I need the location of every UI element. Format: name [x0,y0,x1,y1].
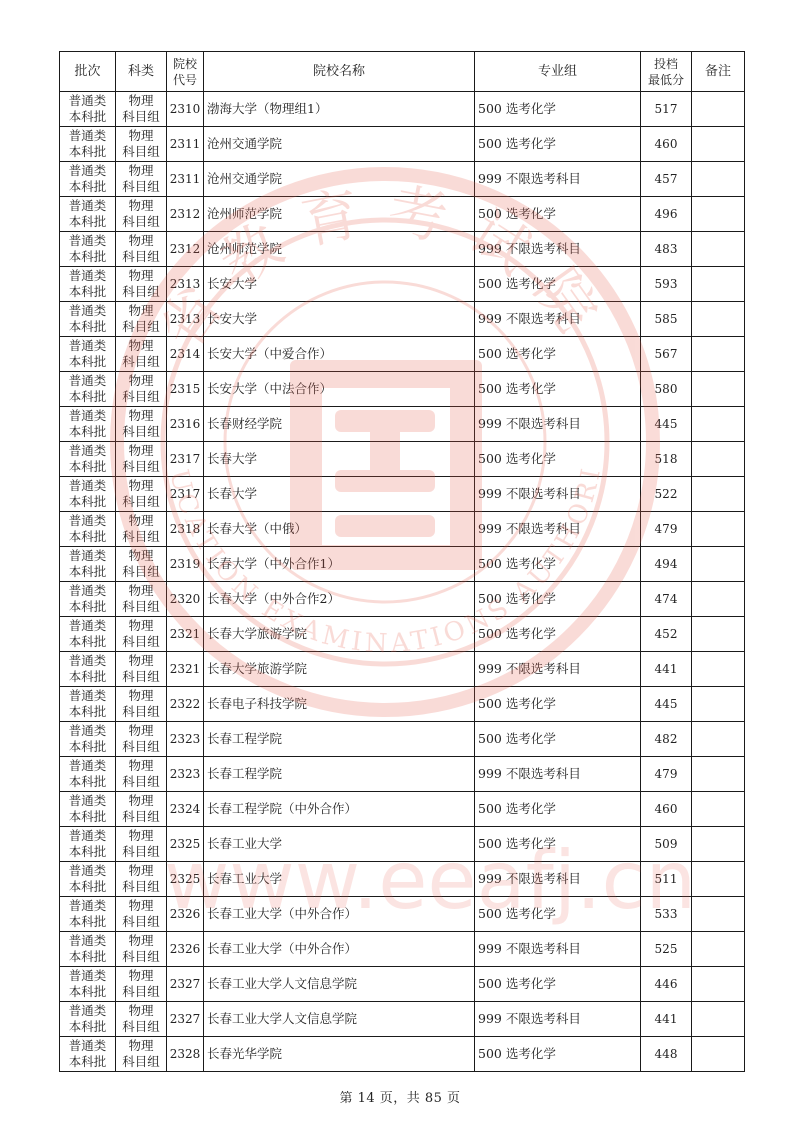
cell-line: 普通类 [60,618,115,634]
table-row: 普通类本科批物理科目组2313长安大学500 选考化学593 [60,267,745,302]
cell-type: 物理科目组 [116,582,167,617]
cell-line: 物理 [116,163,166,179]
cell-batch: 普通类本科批 [60,442,116,477]
cell-batch: 普通类本科批 [60,932,116,967]
cell-note [692,617,745,652]
cell-major-group: 500 选考化学 [475,547,641,582]
header-score-line2: 最低分 [641,72,691,88]
cell-note [692,967,745,1002]
cell-type: 物理科目组 [116,372,167,407]
table-row: 普通类本科批物理科目组2317长春大学999 不限选考科目522 [60,477,745,512]
cell-line: 普通类 [60,828,115,844]
cell-code: 2320 [167,582,204,617]
cell-line: 物理 [116,198,166,214]
cell-min-score: 511 [641,862,692,897]
cell-code: 2311 [167,127,204,162]
cell-batch: 普通类本科批 [60,827,116,862]
cell-line: 科目组 [116,459,166,475]
cell-line: 物理 [116,758,166,774]
cell-min-score: 533 [641,897,692,932]
cell-line: 普通类 [60,933,115,949]
cell-line: 物理 [116,1038,166,1054]
cell-code: 2327 [167,967,204,1002]
cell-major-group: 999 不限选考科目 [475,162,641,197]
table-row: 普通类本科批物理科目组2314长安大学（中爱合作）500 选考化学567 [60,337,745,372]
cell-note [692,127,745,162]
cell-school-name: 长安大学 [204,267,475,302]
cell-line: 普通类 [60,163,115,179]
cell-line: 本科批 [60,669,115,685]
cell-note [692,477,745,512]
cell-line: 科目组 [116,529,166,545]
cell-batch: 普通类本科批 [60,267,116,302]
cell-min-score: 585 [641,302,692,337]
cell-school-name: 渤海大学（物理组1） [204,92,475,127]
cell-line: 本科批 [60,984,115,1000]
cell-major-group: 500 选考化学 [475,722,641,757]
cell-line: 本科批 [60,109,115,125]
cell-type: 物理科目组 [116,407,167,442]
cell-school-name: 长春工业大学（中外合作） [204,932,475,967]
cell-note [692,652,745,687]
cell-note [692,302,745,337]
cell-major-group: 999 不限选考科目 [475,862,641,897]
cell-min-score: 452 [641,617,692,652]
cell-line: 本科批 [60,1054,115,1070]
cell-note [692,862,745,897]
page-number: 第 14 页，共 85 页 [0,1087,800,1106]
cell-note [692,932,745,967]
cell-line: 普通类 [60,198,115,214]
cell-batch: 普通类本科批 [60,197,116,232]
cell-line: 科目组 [116,1019,166,1035]
cell-type: 物理科目组 [116,1037,167,1072]
cell-code: 2328 [167,1037,204,1072]
cell-code: 2317 [167,442,204,477]
cell-type: 物理科目组 [116,232,167,267]
cell-line: 本科批 [60,319,115,335]
cell-min-score: 517 [641,92,692,127]
cell-line: 科目组 [116,249,166,265]
cell-min-score: 482 [641,722,692,757]
cell-line: 物理 [116,898,166,914]
cell-line: 普通类 [60,233,115,249]
cell-code: 2312 [167,197,204,232]
cell-note [692,547,745,582]
cell-school-name: 长春大学 [204,477,475,512]
table-row: 普通类本科批物理科目组2310渤海大学（物理组1）500 选考化学517 [60,92,745,127]
cell-school-name: 长春工业大学（中外合作） [204,897,475,932]
cell-note [692,407,745,442]
cell-line: 本科批 [60,704,115,720]
cell-line: 物理 [116,618,166,634]
cell-min-score: 593 [641,267,692,302]
cell-note [692,512,745,547]
cell-batch: 普通类本科批 [60,722,116,757]
cell-major-group: 999 不限选考科目 [475,232,641,267]
cell-type: 物理科目组 [116,967,167,1002]
cell-note [692,442,745,477]
cell-school-name: 长安大学 [204,302,475,337]
cell-type: 物理科目组 [116,792,167,827]
cell-school-name: 沧州交通学院 [204,127,475,162]
cell-line: 普通类 [60,583,115,599]
table-row: 普通类本科批物理科目组2326长春工业大学（中外合作）500 选考化学533 [60,897,745,932]
table-row: 普通类本科批物理科目组2323长春工程学院999 不限选考科目479 [60,757,745,792]
cell-min-score: 460 [641,792,692,827]
cell-type: 物理科目组 [116,477,167,512]
cell-line: 普通类 [60,793,115,809]
cell-batch: 普通类本科批 [60,547,116,582]
cell-batch: 普通类本科批 [60,407,116,442]
cell-note [692,722,745,757]
cell-school-name: 长春工程学院（中外合作） [204,792,475,827]
cell-line: 本科批 [60,424,115,440]
cell-school-name: 沧州师范学院 [204,232,475,267]
cell-major-group: 999 不限选考科目 [475,652,641,687]
table-row: 普通类本科批物理科目组2321长春大学旅游学院500 选考化学452 [60,617,745,652]
cell-type: 物理科目组 [116,652,167,687]
cell-code: 2325 [167,827,204,862]
header-code-line2: 代号 [167,72,203,88]
cell-type: 物理科目组 [116,617,167,652]
cell-line: 物理 [116,303,166,319]
table-row: 普通类本科批物理科目组2311沧州交通学院500 选考化学460 [60,127,745,162]
cell-line: 本科批 [60,949,115,965]
cell-min-score: 445 [641,687,692,722]
cell-line: 物理 [116,968,166,984]
cell-line: 科目组 [116,634,166,650]
cell-line: 本科批 [60,599,115,615]
cell-min-score: 518 [641,442,692,477]
cell-line: 科目组 [116,914,166,930]
cell-code: 2310 [167,92,204,127]
cell-line: 物理 [116,233,166,249]
cell-school-name: 长安大学（中爱合作） [204,337,475,372]
cell-line: 物理 [116,93,166,109]
cell-line: 普通类 [60,688,115,704]
cell-line: 科目组 [116,354,166,370]
cell-min-score: 446 [641,967,692,1002]
cell-line: 物理 [116,338,166,354]
cell-code: 2312 [167,232,204,267]
cell-line: 物理 [116,1003,166,1019]
table-row: 普通类本科批物理科目组2319长春大学（中外合作1）500 选考化学494 [60,547,745,582]
cell-school-name: 长春工业大学人文信息学院 [204,967,475,1002]
cell-major-group: 500 选考化学 [475,372,641,407]
cell-line: 科目组 [116,739,166,755]
cell-type: 物理科目组 [116,302,167,337]
table-row: 普通类本科批物理科目组2320长春大学（中外合作2）500 选考化学474 [60,582,745,617]
cell-note [692,687,745,722]
cell-line: 本科批 [60,1019,115,1035]
cell-type: 物理科目组 [116,757,167,792]
cell-batch: 普通类本科批 [60,687,116,722]
table-row: 普通类本科批物理科目组2315长安大学（中法合作）500 选考化学580 [60,372,745,407]
cell-school-name: 长春工程学院 [204,722,475,757]
cell-type: 物理科目组 [116,127,167,162]
cell-line: 物理 [116,828,166,844]
cell-line: 物理 [116,443,166,459]
cell-type: 物理科目组 [116,197,167,232]
cell-line: 本科批 [60,389,115,405]
cell-batch: 普通类本科批 [60,337,116,372]
cell-school-name: 长春工程学院 [204,757,475,792]
cell-major-group: 999 不限选考科目 [475,757,641,792]
cell-line: 普通类 [60,758,115,774]
header-score-line1: 投档 [641,56,691,72]
table-row: 普通类本科批物理科目组2318长春大学（中俄）999 不限选考科目479 [60,512,745,547]
cell-line: 科目组 [116,109,166,125]
cell-major-group: 500 选考化学 [475,897,641,932]
cell-type: 物理科目组 [116,862,167,897]
cell-school-name: 长春大学（中外合作1） [204,547,475,582]
cell-school-name: 长春大学 [204,442,475,477]
cell-batch: 普通类本科批 [60,162,116,197]
cell-line: 科目组 [116,144,166,160]
cell-code: 2323 [167,722,204,757]
cell-major-group: 999 不限选考科目 [475,512,641,547]
cell-line: 科目组 [116,669,166,685]
cell-line: 物理 [116,793,166,809]
cell-batch: 普通类本科批 [60,792,116,827]
cell-batch: 普通类本科批 [60,477,116,512]
cell-line: 本科批 [60,179,115,195]
table-row: 普通类本科批物理科目组2323长春工程学院500 选考化学482 [60,722,745,757]
cell-code: 2326 [167,932,204,967]
cell-school-name: 沧州交通学院 [204,162,475,197]
cell-major-group: 500 选考化学 [475,1037,641,1072]
cell-code: 2313 [167,302,204,337]
cell-line: 科目组 [116,564,166,580]
cell-min-score: 441 [641,652,692,687]
table-row: 普通类本科批物理科目组2311沧州交通学院999 不限选考科目457 [60,162,745,197]
table-body: 普通类本科批物理科目组2310渤海大学（物理组1）500 选考化学517普通类本… [60,92,745,1072]
cell-school-name: 长春工业大学 [204,827,475,862]
cell-code: 2311 [167,162,204,197]
cell-min-score: 457 [641,162,692,197]
cell-line: 普通类 [60,408,115,424]
cell-line: 科目组 [116,599,166,615]
cell-batch: 普通类本科批 [60,302,116,337]
cell-batch: 普通类本科批 [60,512,116,547]
cell-batch: 普通类本科批 [60,232,116,267]
cell-type: 物理科目组 [116,512,167,547]
cell-line: 普通类 [60,863,115,879]
table-row: 普通类本科批物理科目组2325长春工业大学500 选考化学509 [60,827,745,862]
cell-line: 普通类 [60,653,115,669]
cell-line: 本科批 [60,564,115,580]
cell-type: 物理科目组 [116,722,167,757]
cell-line: 本科批 [60,739,115,755]
cell-line: 科目组 [116,774,166,790]
cell-major-group: 500 选考化学 [475,827,641,862]
cell-line: 物理 [116,128,166,144]
cell-school-name: 长春财经学院 [204,407,475,442]
cell-major-group: 500 选考化学 [475,582,641,617]
cell-batch: 普通类本科批 [60,1037,116,1072]
cell-line: 普通类 [60,478,115,494]
header-group: 专业组 [475,52,641,92]
cell-line: 科目组 [116,704,166,720]
header-batch: 批次 [60,52,116,92]
cell-line: 物理 [116,723,166,739]
table-row: 普通类本科批物理科目组2328长春光华学院500 选考化学448 [60,1037,745,1072]
header-type: 科类 [116,52,167,92]
cell-major-group: 500 选考化学 [475,92,641,127]
cell-min-score: 580 [641,372,692,407]
cell-line: 普通类 [60,1038,115,1054]
cell-major-group: 500 选考化学 [475,967,641,1002]
table-row: 普通类本科批物理科目组2321长春大学旅游学院999 不限选考科目441 [60,652,745,687]
header-note: 备注 [692,52,745,92]
cell-batch: 普通类本科批 [60,862,116,897]
cell-batch: 普通类本科批 [60,1002,116,1037]
cell-code: 2316 [167,407,204,442]
cell-line: 普通类 [60,968,115,984]
cell-note [692,897,745,932]
cell-line: 普通类 [60,513,115,529]
cell-min-score: 483 [641,232,692,267]
cell-note [692,792,745,827]
table-row: 普通类本科批物理科目组2316长春财经学院999 不限选考科目445 [60,407,745,442]
cell-code: 2324 [167,792,204,827]
cell-major-group: 500 选考化学 [475,267,641,302]
cell-code: 2327 [167,1002,204,1037]
cell-min-score: 479 [641,757,692,792]
cell-code: 2323 [167,757,204,792]
cell-note [692,337,745,372]
cell-line: 本科批 [60,529,115,545]
cell-code: 2318 [167,512,204,547]
cell-code: 2319 [167,547,204,582]
cell-min-score: 474 [641,582,692,617]
cell-school-name: 长春光华学院 [204,1037,475,1072]
cell-line: 本科批 [60,879,115,895]
cell-line: 普通类 [60,723,115,739]
cell-line: 普通类 [60,268,115,284]
cell-line: 本科批 [60,459,115,475]
cell-line: 本科批 [60,844,115,860]
table-row: 普通类本科批物理科目组2312沧州师范学院500 选考化学496 [60,197,745,232]
header-code: 院校 代号 [167,52,204,92]
table-row: 普通类本科批物理科目组2312沧州师范学院999 不限选考科目483 [60,232,745,267]
cell-note [692,92,745,127]
cell-line: 普通类 [60,338,115,354]
cell-line: 科目组 [116,494,166,510]
cell-min-score: 496 [641,197,692,232]
cell-school-name: 长春工业大学 [204,862,475,897]
cell-line: 科目组 [116,389,166,405]
cell-min-score: 494 [641,547,692,582]
cell-school-name: 长春大学旅游学院 [204,617,475,652]
table-row: 普通类本科批物理科目组2326长春工业大学（中外合作）999 不限选考科目525 [60,932,745,967]
cell-batch: 普通类本科批 [60,92,116,127]
cell-code: 2314 [167,337,204,372]
cell-line: 本科批 [60,284,115,300]
cell-type: 物理科目组 [116,1002,167,1037]
cell-type: 物理科目组 [116,897,167,932]
cell-type: 物理科目组 [116,92,167,127]
cell-batch: 普通类本科批 [60,757,116,792]
cell-line: 物理 [116,513,166,529]
cell-min-score: 567 [641,337,692,372]
table-row: 普通类本科批物理科目组2324长春工程学院（中外合作）500 选考化学460 [60,792,745,827]
header-code-line1: 院校 [167,56,203,72]
cell-batch: 普通类本科批 [60,967,116,1002]
cell-line: 科目组 [116,284,166,300]
cell-code: 2313 [167,267,204,302]
cell-major-group: 999 不限选考科目 [475,477,641,512]
cell-major-group: 999 不限选考科目 [475,932,641,967]
admission-score-table: 批次 科类 院校 代号 院校名称 专业组 投档 最低分 备注 普通类本科批物理科… [59,51,745,1072]
cell-line: 本科批 [60,249,115,265]
cell-note [692,197,745,232]
cell-major-group: 500 选考化学 [475,442,641,477]
cell-batch: 普通类本科批 [60,897,116,932]
cell-school-name: 长春大学（中外合作2） [204,582,475,617]
cell-type: 物理科目组 [116,442,167,477]
cell-school-name: 沧州师范学院 [204,197,475,232]
cell-line: 本科批 [60,809,115,825]
cell-code: 2325 [167,862,204,897]
cell-line: 科目组 [116,949,166,965]
cell-major-group: 500 选考化学 [475,617,641,652]
cell-line: 本科批 [60,354,115,370]
cell-code: 2321 [167,617,204,652]
cell-type: 物理科目组 [116,337,167,372]
cell-batch: 普通类本科批 [60,372,116,407]
cell-line: 普通类 [60,898,115,914]
cell-batch: 普通类本科批 [60,582,116,617]
cell-note [692,162,745,197]
cell-major-group: 999 不限选考科目 [475,302,641,337]
cell-line: 科目组 [116,984,166,1000]
cell-code: 2326 [167,897,204,932]
cell-line: 物理 [116,863,166,879]
table-row: 普通类本科批物理科目组2313长安大学999 不限选考科目585 [60,302,745,337]
cell-batch: 普通类本科批 [60,652,116,687]
cell-major-group: 500 选考化学 [475,792,641,827]
cell-min-score: 509 [641,827,692,862]
cell-line: 本科批 [60,774,115,790]
cell-min-score: 479 [641,512,692,547]
cell-line: 物理 [116,408,166,424]
cell-school-name: 长安大学（中法合作） [204,372,475,407]
cell-line: 科目组 [116,179,166,195]
cell-line: 物理 [116,268,166,284]
cell-note [692,582,745,617]
cell-line: 物理 [116,583,166,599]
cell-note [692,372,745,407]
cell-note [692,232,745,267]
table-row: 普通类本科批物理科目组2317长春大学500 选考化学518 [60,442,745,477]
cell-line: 物理 [116,373,166,389]
cell-min-score: 460 [641,127,692,162]
cell-note [692,757,745,792]
header-name: 院校名称 [204,52,475,92]
cell-line: 科目组 [116,424,166,440]
cell-type: 物理科目组 [116,827,167,862]
cell-batch: 普通类本科批 [60,127,116,162]
cell-min-score: 448 [641,1037,692,1072]
cell-code: 2321 [167,652,204,687]
cell-type: 物理科目组 [116,932,167,967]
cell-type: 物理科目组 [116,547,167,582]
cell-min-score: 522 [641,477,692,512]
cell-line: 普通类 [60,443,115,459]
cell-min-score: 441 [641,1002,692,1037]
